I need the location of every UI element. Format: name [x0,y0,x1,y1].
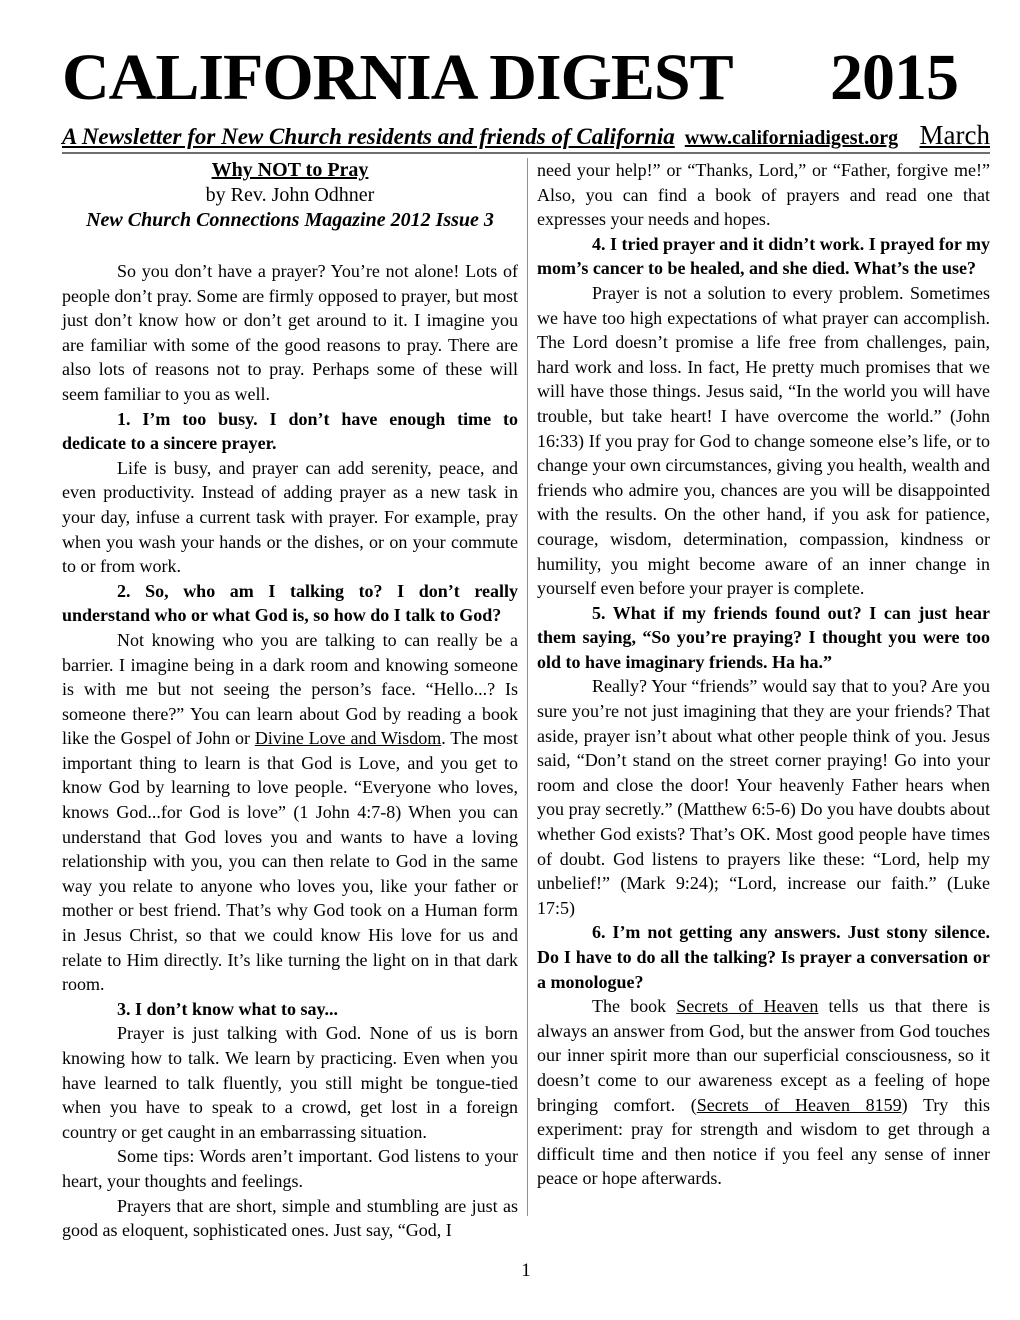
newsletter-tagline: A Newsletter for New Church residents an… [62,124,675,150]
issue-month: March [920,120,990,151]
book-title-underlined: Secrets of Heaven [676,996,818,1016]
publication-title: CALIFORNIA DIGEST [62,42,733,114]
body-paragraph: Prayer is just talking with God. None of… [62,1021,518,1144]
text-run: need your help!” or “Thanks, Lord,” or “… [537,160,990,229]
text-run: Prayers that are short, simple and stumb… [62,1196,518,1241]
text-run: Prayer is not a solution to every proble… [537,283,990,598]
question-paragraph: 6. I’m not getting any answers. Just sto… [537,920,990,994]
text-run: 4. I tried prayer and it didn’t work. I … [537,234,990,279]
body-paragraph: Life is busy, and prayer can add serenit… [62,456,518,579]
text-run: 5. What if my friends found out? I can j… [537,603,990,672]
text-run: . The most important thing to learn is t… [62,728,518,994]
page-footer: 1 [62,1260,990,1282]
website-link[interactable]: www.californiadigest.org [685,127,898,150]
question-paragraph: 1. I’m too busy. I don’t have enough tim… [62,407,518,456]
article-byline: by Rev. John Odhner [62,183,518,208]
article-body: Why NOT to Pray by Rev. John Odhner New … [62,158,990,1254]
article-source: New Church Connections Magazine 2012 Iss… [62,208,518,233]
text-run: 2. So, who am I talking to? I don’t real… [62,581,518,626]
right-column-text: need your help!” or “Thanks, Lord,” or “… [537,158,990,1191]
text-run: 6. I’m not getting any answers. Just sto… [537,922,990,991]
document-page: CALIFORNIA DIGEST 2015 A Newsletter for … [0,0,1020,1320]
masthead: CALIFORNIA DIGEST 2015 A Newsletter for … [62,42,990,154]
body-paragraph: Some tips: Words aren’t important. God l… [62,1144,518,1193]
masthead-title-row: CALIFORNIA DIGEST 2015 [62,42,990,114]
body-paragraph: Really? Your “friends” would say that to… [537,674,990,920]
body-paragraph: Prayers that are short, simple and stumb… [62,1194,518,1243]
column-divider [527,158,528,1216]
question-paragraph: 2. So, who am I talking to? I don’t real… [62,579,518,628]
book-title-underlined: Divine Love and Wisdom [255,728,441,748]
body-paragraph: The book Secrets of Heaven tells us that… [537,994,990,1191]
text-run: 3. I don’t know what to say... [117,999,338,1019]
left-column-text: So you don’t have a prayer? You’re not a… [62,259,518,1243]
text-run: Really? Your “friends” would say that to… [537,676,990,917]
left-column: Why NOT to Pray by Rev. John Odhner New … [62,158,518,1254]
right-column: need your help!” or “Thanks, Lord,” or “… [537,158,990,1254]
article-head: Why NOT to Pray by Rev. John Odhner New … [62,158,518,233]
masthead-subtitle-row: A Newsletter for New Church residents an… [62,120,990,154]
body-paragraph: So you don’t have a prayer? You’re not a… [62,259,518,407]
book-title-underlined: Secrets of Heaven 8159 [697,1095,902,1115]
article-title: Why NOT to Pray [62,158,518,183]
text-run: Some tips: Words aren’t important. God l… [62,1146,518,1191]
text-run: The book [592,996,676,1016]
publication-year: 2015 [830,42,958,114]
text-run: 1. I’m too busy. I don’t have enough tim… [62,409,518,454]
text-run: So you don’t have a prayer? You’re not a… [62,261,518,404]
question-paragraph: 3. I don’t know what to say... [62,997,518,1022]
body-paragraph: need your help!” or “Thanks, Lord,” or “… [537,158,990,232]
text-run: Prayer is just talking with God. None of… [62,1023,518,1141]
question-paragraph: 4. I tried prayer and it didn’t work. I … [537,232,990,281]
question-paragraph: 5. What if my friends found out? I can j… [537,601,990,675]
page-number: 1 [521,1260,531,1281]
body-paragraph: Prayer is not a solution to every proble… [537,281,990,601]
text-run: Life is busy, and prayer can add serenit… [62,458,518,576]
body-paragraph: Not knowing who you are talking to can r… [62,628,518,997]
